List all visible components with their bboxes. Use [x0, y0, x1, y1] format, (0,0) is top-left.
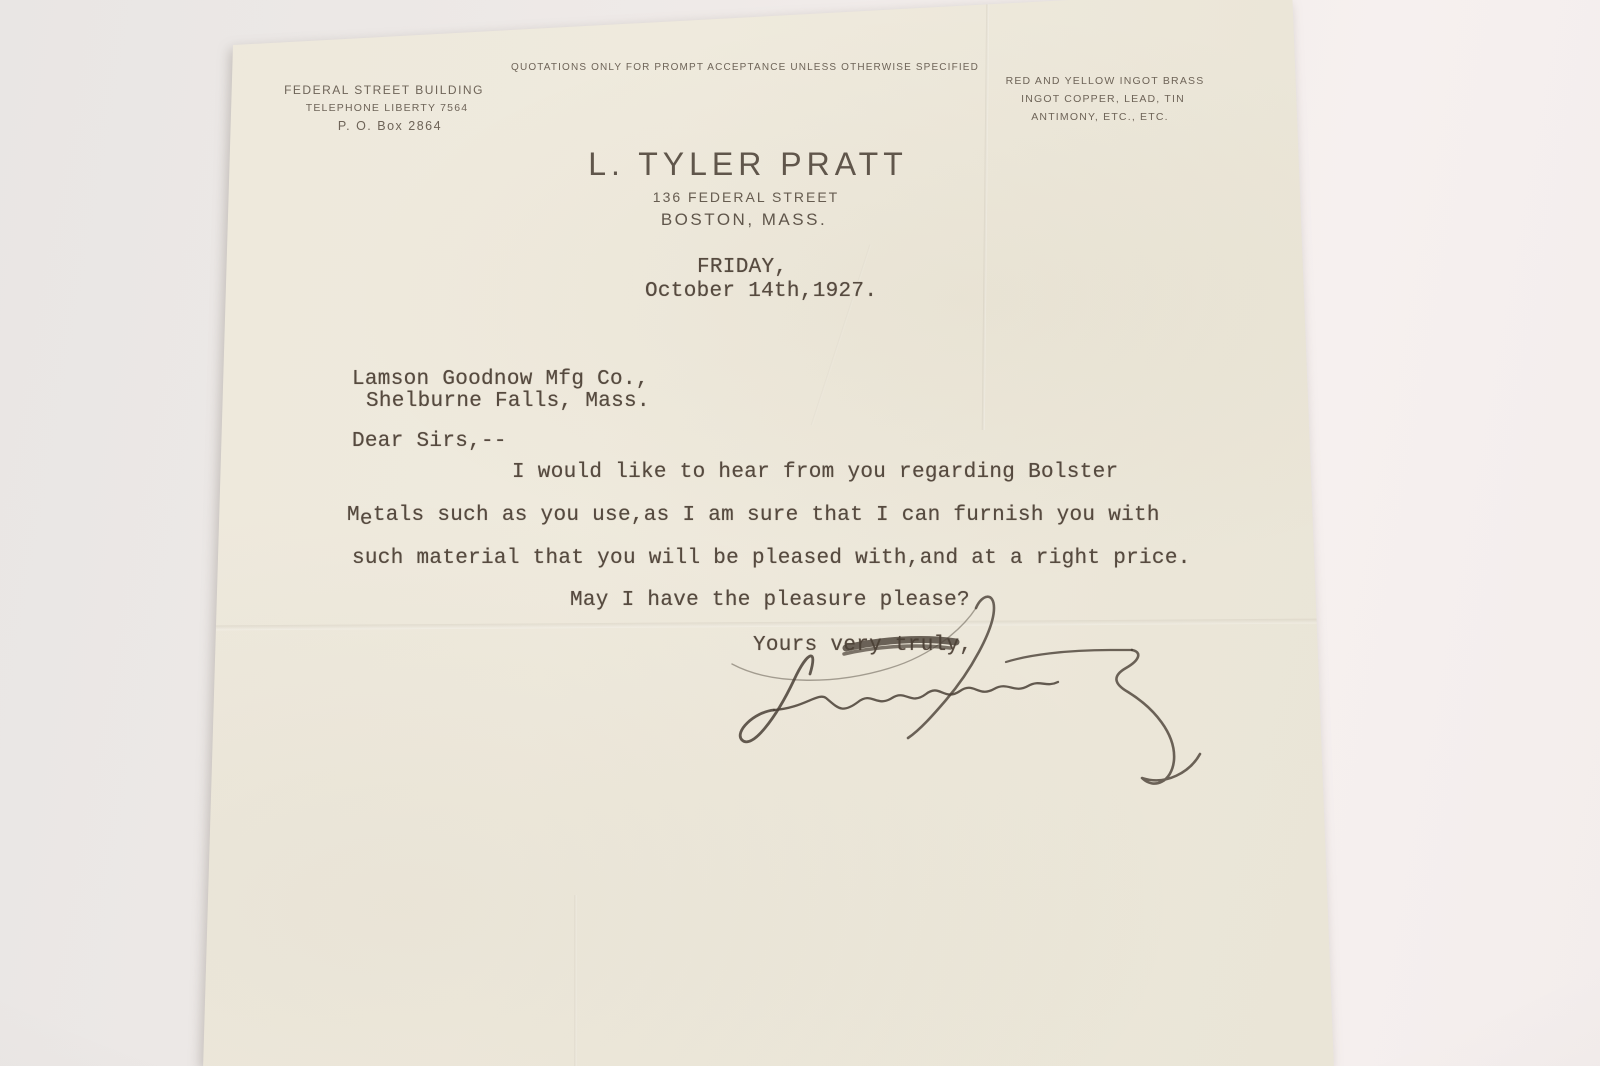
letterhead-top-note: QUOTATIONS ONLY FOR PROMPT ACCEPTANCE UN…: [511, 63, 979, 73]
letterhead-company-name: L. TYLER PRATT: [588, 148, 908, 180]
letterhead-right-line1: RED AND YELLOW INGOT BRASS: [1006, 76, 1205, 87]
body-line-3: such material that you will be pleased w…: [352, 548, 1191, 569]
body-line-2: Metals such as you use,as I am sure that…: [347, 505, 1160, 526]
body-line-1: I would like to hear from you regarding …: [512, 462, 1118, 483]
signature-handwriting: [718, 588, 1248, 803]
date-line-full: October 14th,1927.: [645, 281, 877, 302]
body-line-2-cap: M: [347, 504, 360, 527]
letterhead-right-line3: ANTIMONY, ETC., ETC.: [1031, 112, 1169, 123]
salutation: Dear Sirs,--: [352, 431, 507, 452]
recipient-city: Shelburne Falls, Mass.: [366, 391, 650, 412]
vertical-fold-crease-top: [982, 0, 990, 430]
vertical-fold-crease-bottom: [574, 895, 577, 1066]
letterhead-left-line2: TELEPHONE LIBERTY 7564: [306, 103, 469, 114]
letterhead-city: BOSTON, MASS.: [661, 211, 827, 228]
diagonal-crease: [811, 244, 872, 425]
letterhead-left-line3: P. O. Box 2864: [338, 120, 442, 133]
photo-of-letter: QUOTATIONS ONLY FOR PROMPT ACCEPTANCE UN…: [0, 0, 1600, 1066]
body-line-2-subscript: e: [360, 509, 373, 530]
recipient-name: Lamson Goodnow Mfg Co.,: [352, 369, 649, 390]
body-line-2-rest: tals such as you use,as I am sure that I…: [373, 504, 1160, 527]
date-line-day: FRIDAY,: [697, 257, 787, 278]
letterhead-street: 136 FEDERAL STREET: [653, 190, 839, 204]
letterhead-right-line2: INGOT COPPER, LEAD, TIN: [1021, 94, 1185, 105]
letterhead-left-line1: FEDERAL STREET BUILDING: [284, 84, 484, 96]
